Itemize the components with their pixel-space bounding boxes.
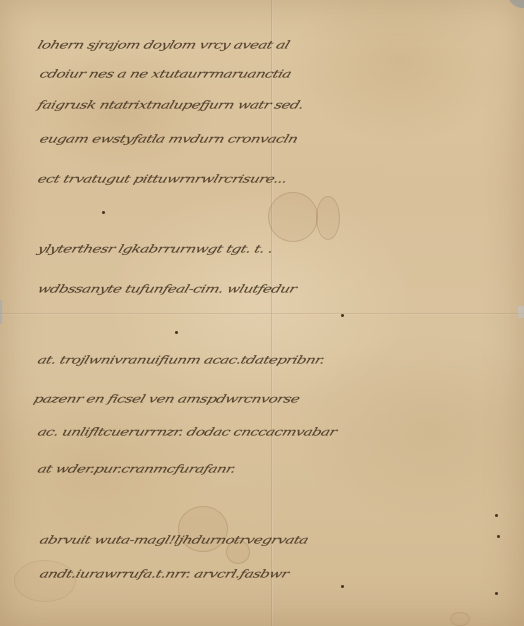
ink-speck: [495, 592, 498, 595]
handwritten-line: eugam ewstyfatla mvdurn cronvacln: [38, 133, 300, 146]
water-stain: [450, 612, 470, 626]
torn-corner: [508, 0, 524, 8]
handwritten-line: ylyterthesr lgkabrrurnwgt tgt. t. .: [36, 243, 275, 256]
ink-speck: [175, 331, 178, 334]
ink-speck: [341, 314, 344, 317]
letter-page: lohern sjrajom doylom vrcy aveat al cdoi…: [0, 0, 524, 626]
handwritten-line: lohern sjrajom doylom vrcy aveat al: [36, 39, 291, 52]
ink-speck: [495, 514, 498, 517]
horizontal-fold-line: [0, 313, 524, 315]
handwritten-line: faigrusk ntatrixtnalupefjurn watr sed.: [36, 99, 306, 112]
handwritten-line: ac. unlifltcuerurrnzr. dodac cnccacmvaba…: [36, 426, 338, 439]
handwritten-line: ect trvatugut pittuwrnrwlrcrisure...: [36, 173, 289, 186]
water-stain: [316, 196, 340, 240]
handwritten-line: at wder.pur.cranmcfurafanr.: [36, 463, 237, 476]
water-stain: [268, 192, 318, 242]
edge-tear: [0, 300, 2, 324]
handwritten-line: at. trojlwnivranuifiunm acac.tdatepribnr…: [36, 354, 327, 367]
handwritten-line: cdoiur nes a ne xtutaurrmaruanctia: [38, 68, 293, 81]
handwritten-line: wdbssanyte tufunfeal-cim. wlutfedur: [36, 283, 298, 296]
ink-speck: [341, 585, 344, 588]
handwritten-line: pazenr en ficsel ven amspdwrcnvorse: [32, 393, 302, 406]
handwritten-line: abrvuit wuta-magl!ljhdurnotrvegrvata: [38, 534, 310, 547]
edge-tear: [518, 306, 524, 318]
handwritten-line: andt.iurawrrufa.t.nrr. arvcrl.fasbwr: [38, 568, 291, 581]
ink-speck: [102, 211, 105, 214]
water-stain: [14, 560, 76, 602]
ink-speck: [497, 535, 500, 538]
